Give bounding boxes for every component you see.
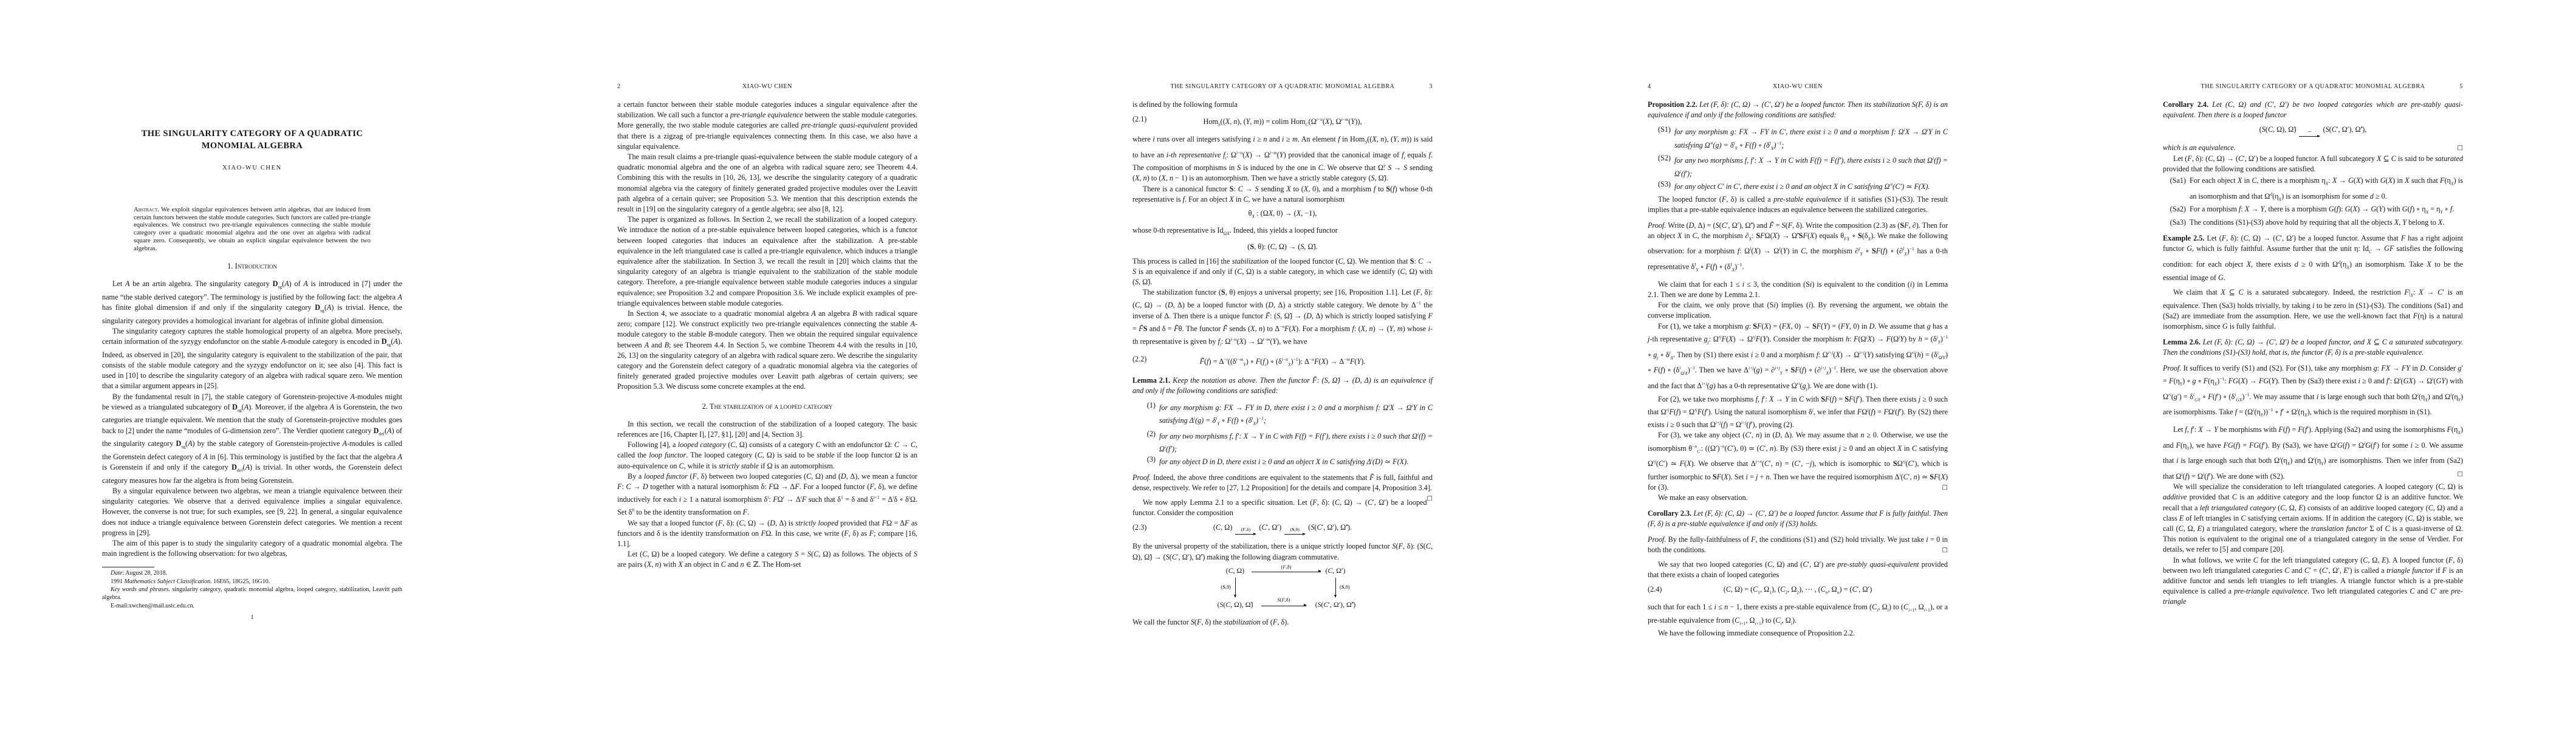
diagram-arrow-label: (S,θ) xyxy=(1340,584,1350,590)
paragraph: By the fundamental result in [7], the st… xyxy=(102,392,402,486)
paragraph: We say that a looped functor (F, δ): (C,… xyxy=(617,518,917,550)
display-formula: (S, θ): (C, Ω) → (S, Ω̃). xyxy=(1132,242,1433,252)
running-head-title: THE SINGULARITY CATEGORY OF A QUADRATIC … xyxy=(2187,83,2439,91)
paragraph: For (2), we take two morphisms f, f′: X … xyxy=(1648,394,1948,431)
paragraph: We will specialize the consideration to … xyxy=(2163,482,2463,555)
enumerate-list: (S1)for any morphism g: FX → FY in C′, t… xyxy=(1648,125,1948,192)
running-head-title: THE SINGULARITY CATEGORY OF A QUADRATIC … xyxy=(1157,83,1408,91)
paper-title: THE SINGULARITY CATEGORY OF A QUADRATICM… xyxy=(102,128,402,152)
list-item: (S1)for any morphism g: FX → FY in C′, t… xyxy=(1648,125,1948,153)
running-head-title: XIAO-WU CHEN xyxy=(1672,83,1923,91)
display-formula: θX : (ΩX, 0) → (X, −1), xyxy=(1132,208,1433,222)
numbered-equation: (2.3)(C, Ω) (F,δ) (C′, Ω′) (S,θ) (S(C′, … xyxy=(1132,522,1433,537)
diagram-arrow-label: (F,δ) xyxy=(1281,564,1291,570)
paragraph: For (3), we take any object (C′, n) in (… xyxy=(1648,430,1948,493)
list-item-label: (S2) xyxy=(1650,153,1671,163)
diagram-arrow xyxy=(1252,572,1321,572)
running-head: 2XIAO-WU CHEN xyxy=(617,83,917,91)
page-column: THE SINGULARITY CATEGORY OF A QUADRATIC … xyxy=(2163,83,2463,607)
paragraph: In what follows, we write C for the left… xyxy=(2163,555,2463,607)
running-head: THE SINGULARITY CATEGORY OF A QUADRATIC … xyxy=(2163,83,2463,91)
footnote-line: 1991 Mathematics Subject Classification.… xyxy=(102,578,402,586)
running-head-title: XIAO-WU CHEN xyxy=(642,83,893,91)
paragraph: The aim of this paper is to study the si… xyxy=(102,538,402,559)
theorem-block: Lemma 2.6. Let (F, δ): (C, Ω) → (C′, Ω′)… xyxy=(2163,337,2463,358)
paragraph: By the universal property of the stabili… xyxy=(1132,541,1433,562)
display-formula: (S(C, Ω), Ω̃) ∼ (S(C′, Ω′), Ω̃′), xyxy=(2163,125,2463,139)
equation-number: (2.2) xyxy=(1132,354,1146,364)
paragraph: The paper is organized as follows. In Se… xyxy=(617,214,917,309)
diagram-arrow-label: (S,θ) xyxy=(1221,584,1231,590)
footnote-line: Key words and phrases. singularity categ… xyxy=(102,586,402,602)
theorem-block: Corollary 2.3. Let (F, δ): (C, Ω) → (C′,… xyxy=(1648,508,1948,529)
diagram-arrow-label: S(F,δ) xyxy=(1277,597,1290,603)
commutative-diagram: (C, Ω)(C, Ω′)(S(C, Ω), Ω̃)(S(C′, Ω′), Ω̃… xyxy=(1132,566,1433,616)
list-item: (S2)for any two morphisms f, f′: X → Y i… xyxy=(1648,153,1948,179)
paragraph: The main result claims a pre-triangle qu… xyxy=(617,152,917,214)
paragraph: where i runs over all integers satisfyin… xyxy=(1132,134,1433,184)
paragraph: We say that two looped categories (C, Ω)… xyxy=(1648,560,1948,580)
qed-symbol: □ xyxy=(1427,493,1433,504)
paragraph: The stabilization functor (S, θ) enjoys … xyxy=(1132,287,1433,350)
proof-block: Proof. Indeed, the above three condition… xyxy=(1132,473,1433,493)
equation-number: (2.3) xyxy=(1132,522,1146,533)
paragraph: Following [4], a looped category (C, Ω) … xyxy=(617,440,917,471)
paragraph: We have the following immediate conseque… xyxy=(1648,628,1948,638)
paragraph: We now apply Lemma 2.1 to a specific sit… xyxy=(1132,498,1433,518)
qed-symbol: □ xyxy=(2458,143,2463,153)
page-1: THE SINGULARITY CATEGORY OF A QUADRATICM… xyxy=(0,0,515,729)
paragraph: We claim that X ⊆ C is a saturated subca… xyxy=(2163,287,2463,332)
running-head: 4XIAO-WU CHEN xyxy=(1648,83,1948,91)
paragraph: By a singular equivalence between two al… xyxy=(102,486,402,538)
paragraph: Let (C, Ω) be a looped category. We defi… xyxy=(617,549,917,570)
enumerate-list: (Sa1)For each object X in C, there is a … xyxy=(2163,176,2463,228)
page-5: THE SINGULARITY CATEGORY OF A QUADRATIC … xyxy=(2061,0,2576,729)
paragraph: is defined by the following formula xyxy=(1132,100,1433,110)
diagram-arrow xyxy=(1235,578,1236,597)
page-column: THE SINGULARITY CATEGORY OF A QUADRATIC … xyxy=(1132,83,1433,628)
page-content: a certain functor between their stable m… xyxy=(617,100,917,570)
running-head-page-number xyxy=(893,83,917,91)
paragraph: For (1), we take a morphism g: SF(X) = (… xyxy=(1648,321,1948,394)
abstract-label: Abstract. xyxy=(134,206,159,213)
enumerate-list: (1)for any morphism g: FX → FY in D, the… xyxy=(1132,400,1433,468)
page-4: 4XIAO-WU CHENProposition 2.2. Let (F, δ)… xyxy=(1546,0,2061,729)
list-item-label: (Sa1) xyxy=(2165,176,2186,186)
list-item-label: (1) xyxy=(1135,400,1156,411)
qed-symbol: □ xyxy=(1942,545,1948,555)
theorem-block: Corollary 2.4. Let (C, Ω) and (C′, Ω′) b… xyxy=(2163,100,2463,120)
paragraph: We make an easy observation. xyxy=(1648,493,1948,503)
paragraph: such that for each 1 ≤ i ≤ n − 1, there … xyxy=(1648,602,1948,628)
list-item-label: (2) xyxy=(1135,429,1156,439)
paragraph: In Section 4, we associate to a quadrati… xyxy=(617,309,917,392)
section-heading: 2. The stabilization of a looped categor… xyxy=(617,402,917,411)
paragraph: which is an equivalence. □ xyxy=(2163,143,2463,153)
proof-block: Proof. It suffices to verify (S1) and (S… xyxy=(2163,363,2463,420)
running-head: THE SINGULARITY CATEGORY OF A QUADRATIC … xyxy=(1132,83,1433,91)
paragraph: There is a canonical functor S: C → S se… xyxy=(1132,184,1433,205)
running-head-page-number xyxy=(1132,83,1157,91)
page-column: 4XIAO-WU CHENProposition 2.2. Let (F, δ)… xyxy=(1648,83,1948,639)
pdf-document: { "watermark": "arXiv:1502.02094v1 [math… xyxy=(0,0,2576,729)
paragraph: For the claim, we only prove that (Si) i… xyxy=(1648,300,1948,321)
diagram-arrow xyxy=(1335,578,1336,597)
page-number: 1 xyxy=(102,614,402,621)
paragraph: Let f, f′: X → Y be morphisms with F(f) … xyxy=(2163,425,2463,482)
list-item: (3)for any object D in D, there exist i … xyxy=(1132,454,1433,467)
paragraph: The singularity category captures the st… xyxy=(102,326,402,392)
page-content: Proposition 2.2. Let (F, δ): (C, Ω) → (C… xyxy=(1648,100,1948,639)
running-head-page-number: 4 xyxy=(1648,83,1672,91)
list-item: (2)for any two morphisms f, f′: X → Y in… xyxy=(1132,429,1433,455)
paragraph: a certain functor between their stable m… xyxy=(617,100,917,152)
running-head-page-number: 3 xyxy=(1408,83,1433,91)
page-column: 2XIAO-WU CHENa certain functor between t… xyxy=(617,83,917,570)
list-item-label: (3) xyxy=(1135,454,1156,465)
running-head-page-number: 5 xyxy=(2439,83,2463,91)
paragraph: whose 0-th representative is IdΩX. Indee… xyxy=(1132,225,1433,239)
footnote-line: E-mail:xwchen@mail.ustc.edu.cn. xyxy=(102,602,402,610)
list-item: (1)for any morphism g: FX → FY in D, the… xyxy=(1132,400,1433,429)
theorem-block: Lemma 2.1. Keep the notation as above. T… xyxy=(1132,375,1433,396)
equation-number: (2.4) xyxy=(1648,584,1662,595)
list-item-label: (Sa2) xyxy=(2165,204,2186,214)
running-head-page-number xyxy=(2163,83,2187,91)
page-content: Corollary 2.4. Let (C, Ω) and (C′, Ω′) b… xyxy=(2163,100,2463,607)
list-item: (Sa2)For a morphism f: X → Y, there is a… xyxy=(2163,204,2463,217)
numbered-equation: (2.1)HomS((X, n), (Y, m)) = colim HomC(Ω… xyxy=(1132,114,1433,130)
paragraph: We call the functor S(F, δ) the stabiliz… xyxy=(1132,617,1433,628)
paragraph: This process is called in [16] the stabi… xyxy=(1132,256,1433,288)
qed-symbol: □ xyxy=(2447,469,2463,479)
author-name: XIAO-WU CHEN xyxy=(102,165,402,171)
numbered-equation: (2.2)F̃(f) = Δ−i((δi−mY) ∘ F(fi) ∘ (δi−n… xyxy=(1132,354,1433,370)
proof-block: Proof. By the fully-faithfulness of F, t… xyxy=(1648,535,1948,555)
footnote-line: Date: August 28, 2018. xyxy=(102,569,402,577)
running-head-page-number xyxy=(1923,83,1948,91)
page-content: is defined by the following formula(2.1)… xyxy=(1132,100,1433,628)
numbered-equation: (2.4)(C, Ω) = (C1, Ω1), (C2, Ω2), ⋯ , (C… xyxy=(1648,584,1948,598)
diagram-node-bottom-left: (S(C, Ω), Ω̃) xyxy=(1218,600,1253,609)
list-item: (Sa3)The conditions (S1)-(S3) above hold… xyxy=(2163,217,2463,228)
section-heading: 1. Introduction xyxy=(102,262,402,271)
page-3: THE SINGULARITY CATEGORY OF A QUADRATIC … xyxy=(1030,0,1546,729)
page-content: THE SINGULARITY CATEGORY OF A QUADRATICM… xyxy=(102,128,402,621)
page-2: 2XIAO-WU CHENa certain functor between t… xyxy=(515,0,1030,729)
proof-block: Proof. Write (D, Δ) = (S(C′, Ω′), Ω̃′) a… xyxy=(1648,221,1948,275)
footnote-rule xyxy=(102,567,154,567)
list-item-label: (S3) xyxy=(1650,179,1671,190)
theorem-block: Proposition 2.2. Let (F, δ): (C, Ω) → (C… xyxy=(1648,100,1948,120)
paragraph: In this section, we recall the construct… xyxy=(617,419,917,440)
paragraph: Let (F, δ): (C, Ω) → (C′, Ω′) be a loope… xyxy=(2163,154,2463,174)
list-item-label: (Sa3) xyxy=(2165,217,2186,228)
paragraph: By a looped functor (F, δ) between two l… xyxy=(617,471,917,518)
list-item: (S3)for any object C′ in C′, there exist… xyxy=(1648,179,1948,192)
diagram-node-top-right: (C, Ω′) xyxy=(1326,566,1346,575)
equation-number: (2.1) xyxy=(1132,114,1146,125)
abstract: Abstract. We exploit singular equivalenc… xyxy=(134,206,371,252)
list-item-label: (S1) xyxy=(1650,125,1671,135)
running-head-page-number: 2 xyxy=(617,83,642,91)
diagram-node-top-left: (C, Ω) xyxy=(1226,566,1244,575)
paragraph: The looped functor (F, δ) is called a pr… xyxy=(1648,194,1948,215)
footnotes: Date: August 28, 2018.1991 Mathematics S… xyxy=(102,569,402,609)
diagram-arrow xyxy=(1261,606,1306,606)
paragraph: Let A be an artin algebra. The singulari… xyxy=(102,279,402,326)
page-column: THE SINGULARITY CATEGORY OF A QUADRATICM… xyxy=(102,83,402,621)
qed-symbol: □ xyxy=(1932,482,1948,493)
list-item: (Sa1)For each object X in C, there is a … xyxy=(2163,176,2463,204)
theorem-block: Example 2.5. Let (F, δ): (C, Ω) → (C′, Ω… xyxy=(2163,233,2463,283)
paragraph: We claim that for each 1 ≤ i ≤ 3, the co… xyxy=(1648,279,1948,300)
diagram-node-bottom-right: (S(C′, Ω′), Ω̃′) xyxy=(1315,600,1356,609)
